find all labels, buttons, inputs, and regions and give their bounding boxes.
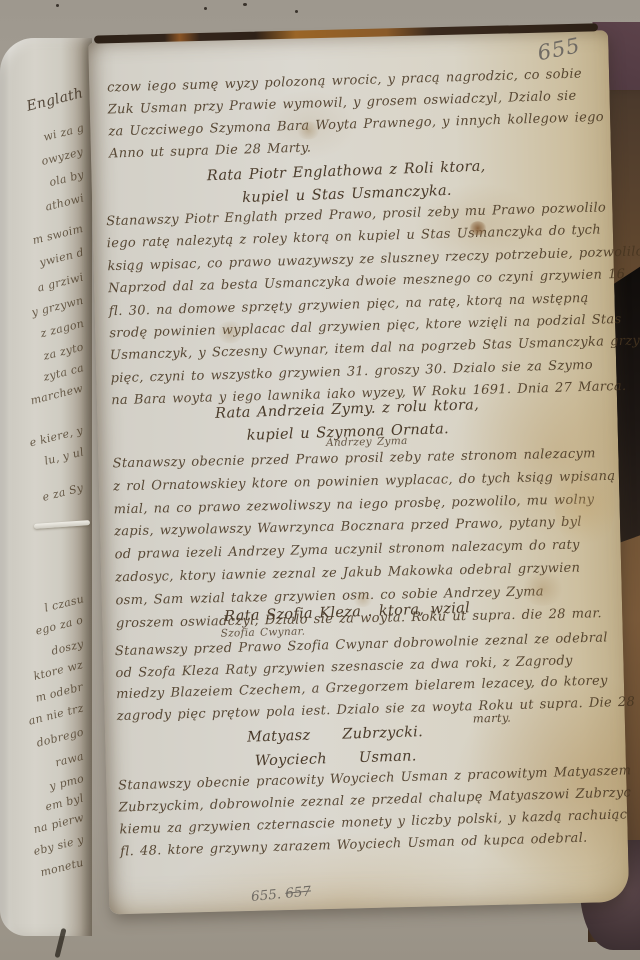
table-speck: [295, 10, 298, 13]
page-number-pencil-bottom: 655. 657: [250, 883, 311, 905]
page-number-kept: 655.: [250, 886, 281, 905]
left-page-text-fragment: y grzywn: [30, 294, 84, 319]
left-page-text-fragment: doszy: [50, 637, 85, 658]
left-page-text-fragment: ywien d: [38, 246, 85, 270]
photo-of-manuscript: { "page": { "pencil_number_top": "655", …: [0, 0, 640, 960]
thread-fiber: [34, 520, 90, 529]
left-page-text-fragment: z zagon: [39, 317, 85, 340]
left-page-text-fragment: m odebr: [35, 680, 85, 704]
table-speck: [56, 4, 59, 7]
left-page-text-fragment: na pierw: [32, 811, 85, 836]
left-page-text-fragment: em byl: [44, 791, 85, 813]
left-page-text-fragment: e za Sy: [41, 481, 85, 504]
left-page-text-fragment: athowi: [44, 191, 85, 213]
paragraph-intro: czow iego sumę wyzy polozoną wrocic, y p…: [107, 63, 605, 166]
paragraph-zubrzycki-usman: Stanawszy obecnie pracowity Woyciech Usm…: [118, 760, 634, 863]
left-page-text-fragment: y pmo: [48, 772, 85, 793]
left-page-text-fragment: ktore wz: [33, 658, 85, 683]
paragraph-rata-kleza: Stanawszy przed Prawo Szofia Cwynar dobr…: [115, 627, 636, 727]
left-page-text-fragment: an nie trz: [27, 701, 85, 727]
left-page-text-fragment: owyzey: [40, 145, 84, 168]
left-page-text-fragment: dobrego: [35, 725, 85, 749]
left-page-text-fragment: ego za o: [35, 613, 85, 637]
left-page-text-fragment: l czasu: [43, 592, 85, 614]
manuscript-page: 655 czow iego sumę wyzy polozoną wrocic,…: [88, 30, 629, 914]
left-page-text-fragment: lu, y ul: [43, 445, 85, 467]
table-speck: [243, 3, 247, 6]
left-page-text-fragment: monetu: [39, 856, 85, 879]
left-page-text-fragment: rawa: [54, 750, 85, 770]
left-page-text-fragment: ola by: [48, 168, 85, 189]
page-number-struck: 657: [285, 883, 312, 901]
left-page-text-fragment: eby sie y: [32, 833, 85, 858]
left-page-text-fragment: a grziwi: [36, 271, 85, 295]
left-page-text-fragment: m swoim: [32, 222, 85, 247]
left-page-text-fragment: wi za g: [42, 121, 85, 144]
left-page-text-fragment: zyta ca: [42, 361, 85, 384]
left-page-text-fragment: Englath: [25, 85, 85, 114]
page-number-pencil: 655: [535, 33, 582, 65]
left-page-stack: Englath wi za g owyzey ola by athowi m s…: [0, 38, 92, 936]
table-speck: [204, 7, 207, 10]
left-page-text-fragment: za zyto: [42, 340, 85, 363]
paragraph-rata-englath: Stanawszy Piotr Englath przed Prawo, pro…: [106, 196, 640, 413]
left-page-text-fragment: marchew: [30, 382, 85, 408]
